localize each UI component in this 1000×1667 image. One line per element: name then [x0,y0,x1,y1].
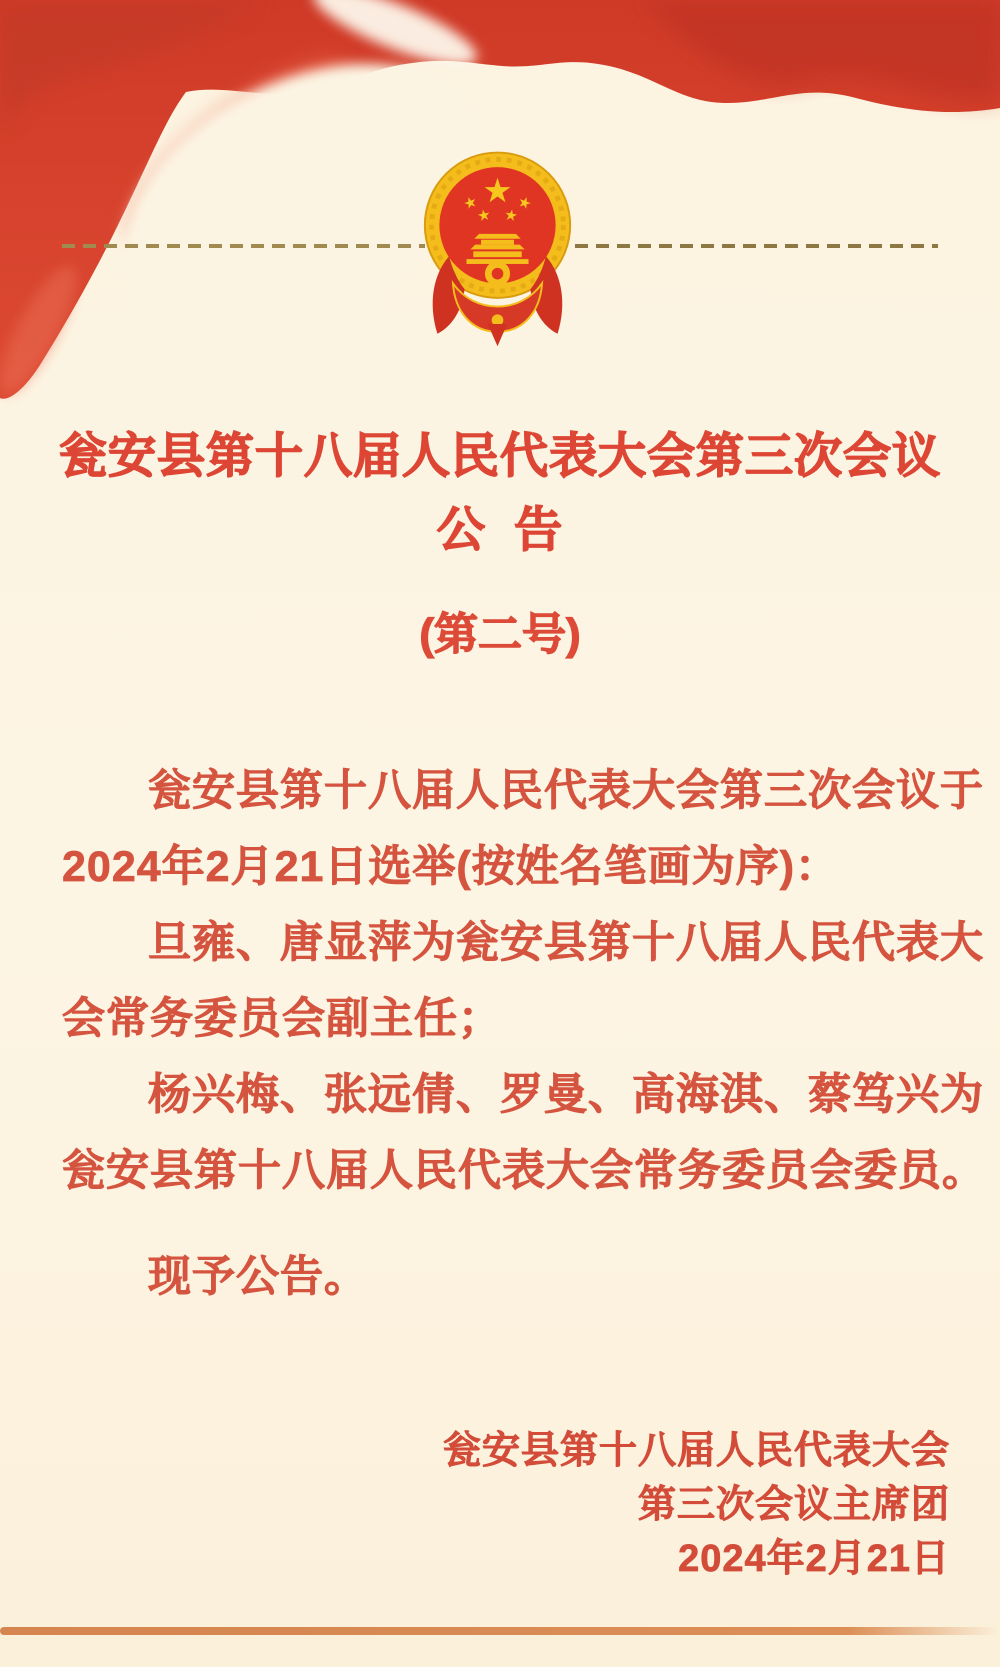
announcement-body: 瓮安县第十八届人民代表大会第三次会议于 2024年2月21日选举(按姓名笔画为序… [62,753,974,1315]
signature-date: 2024年2月21日 [50,1532,950,1586]
body-line: 瓮安县第十八届人民代表大会第三次会议于 [62,753,974,829]
body-line: 旦雍、唐显萍为瓮安县第十八届人民代表大 [62,905,974,981]
signature-block: 瓮安县第十八届人民代表大会 第三次会议主席团 2024年2月21日 [50,1424,950,1586]
emblem-tiananmen [467,234,529,264]
right-dashed-divider [575,244,938,248]
bottom-rule [0,1627,1000,1635]
china-national-emblem-icon [420,147,575,347]
title-line-2: 公 告 [0,494,1000,568]
body-line: 会常务委员会副主任； [62,981,974,1057]
body-line: 瓮安县第十八届人民代表大会常务委员会委员。 [62,1133,974,1209]
title-line-1: 瓮安县第十八届人民代表大会第三次会议 [0,420,1000,494]
emblem-gear [485,261,510,286]
body-line: 杨兴梅、张远倩、罗曼、高海淇、蔡笃兴为 [62,1057,974,1133]
body-line: 2024年2月21日选举(按姓名笔画为序)： [62,829,974,905]
body-line-closing: 现予公告。 [62,1239,974,1315]
announcement-page: 瓮安县第十八届人民代表大会第三次会议 公 告 (第二号) 瓮安县第十八届人民代表… [0,0,1000,1667]
announcement-title: 瓮安县第十八届人民代表大会第三次会议 公 告 [0,420,1000,568]
left-dashed-divider [62,244,425,248]
issue-number: (第二号) [0,600,1000,670]
signature-org-line-2: 第三次会议主席团 [50,1478,950,1532]
signature-org-line-1: 瓮安县第十八届人民代表大会 [50,1424,950,1478]
